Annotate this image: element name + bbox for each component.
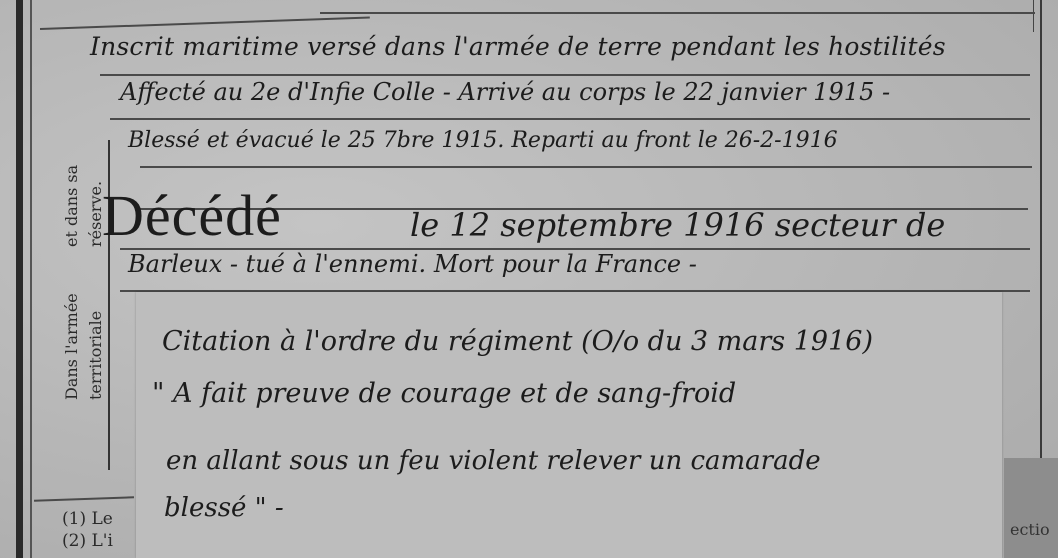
right-column-border-top (1033, 0, 1034, 32)
binding-rail (16, 0, 23, 558)
entry-death-date: le 12 septembre 1916 secteur de (410, 206, 945, 244)
ruled-line (320, 12, 1035, 14)
underlying-page-corner (1004, 458, 1058, 558)
register-page: Dans l'armée territoriale et dans sa rés… (0, 0, 1058, 558)
corner-printed-fragment: ectio (1010, 520, 1050, 539)
ruled-line (34, 496, 134, 501)
entry-blesse-reparti: Blessé et évacué le 25 7bre 1915. Repart… (128, 128, 838, 153)
citation-line-3: en allant sous un feu violent relever un… (166, 446, 821, 476)
margin-label-line-1: Dans l'armée territoriale (60, 247, 108, 400)
citation-line-2: " A fait preuve de courage et de sang-fr… (152, 378, 736, 409)
printed-margin-label: Dans l'armée territoriale et dans sa rés… (44, 130, 124, 400)
ruled-line (40, 16, 370, 29)
binding-rail-thin (30, 0, 32, 558)
citation-line-1: Citation à l'ordre du régiment (O/o du 3… (162, 326, 873, 357)
ruled-line (110, 118, 1030, 120)
printed-footnotes: (1) Le (2) L'i (62, 508, 113, 552)
entry-affectation: Affecté au 2e d'Infie Colle - Arrivé au … (120, 78, 890, 106)
ruled-line (100, 74, 1030, 76)
entry-mort-pour-la-france: Barleux - tué à l'ennemi. Mort pour la F… (128, 250, 697, 278)
margin-label-line-2: et dans sa réserve. (60, 130, 108, 247)
citation-line-4: blessé " - (164, 493, 284, 523)
entry-decede-heading: Décédé (102, 182, 282, 249)
footnote-1: (1) Le (62, 508, 113, 530)
footnote-2: (2) L'i (62, 530, 113, 552)
ruled-line (140, 166, 1032, 168)
entry-inscrit-maritime: Inscrit maritime versé dans l'armée de t… (90, 32, 946, 61)
